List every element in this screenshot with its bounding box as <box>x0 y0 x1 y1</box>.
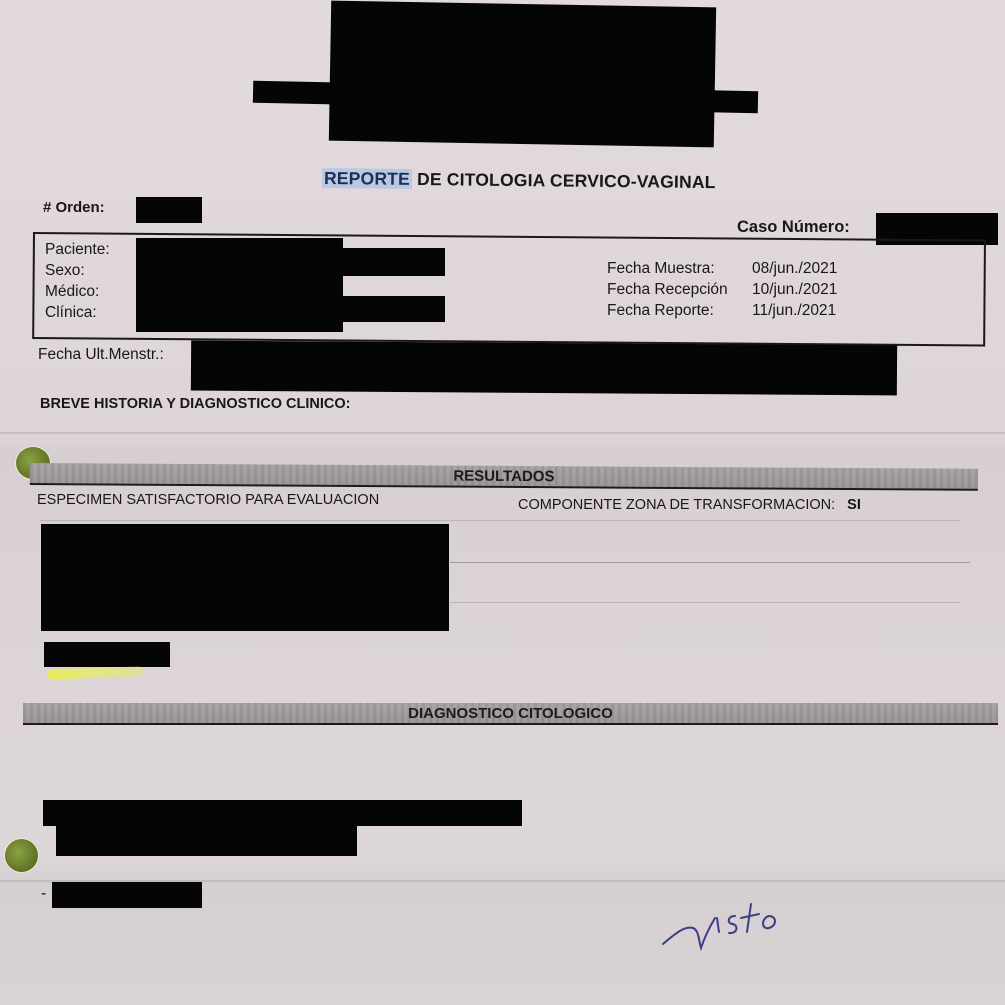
date-row-reception: Fecha Recepción 10/jun./2021 <box>607 279 837 300</box>
report-date-label: Fecha Reporte: <box>607 300 752 321</box>
doctor-label: Médico: <box>45 281 110 302</box>
results-line <box>450 602 960 603</box>
redacted-diagnosis-line2 <box>56 826 357 856</box>
clinic-label: Clínica: <box>45 302 110 323</box>
report-date-value: 11/jun./2021 <box>752 300 836 321</box>
reception-date-label: Fecha Recepción <box>607 279 752 300</box>
redacted-results <box>41 524 449 631</box>
redacted-diagnosis <box>43 800 522 826</box>
handwritten-visto-signature: Visto <box>655 888 805 958</box>
case-number-label: Caso Número: <box>737 218 850 237</box>
redacted-clinic <box>136 296 445 322</box>
results-line <box>40 520 960 521</box>
last-menstruation-label: Fecha Ult.Menstr.: <box>38 346 164 364</box>
patient-labels: Paciente: Sexo: Médico: Clínica: <box>45 239 110 323</box>
specimen-status: ESPECIMEN SATISFACTORIO PARA EVALUACION <box>37 492 379 508</box>
results-line <box>450 562 970 563</box>
diagnosis-header-text: DIAGNOSTICO CITOLOGICO <box>408 705 613 722</box>
green-sticker-dot <box>5 839 38 872</box>
title-rest: DE CITOLOGIA CERVICO-VAGINAL <box>412 169 716 192</box>
report-title: REPORTE DE CITOLOGIA CERVICO-VAGINAL <box>322 168 716 193</box>
results-header-text: RESULTADOS <box>453 467 554 485</box>
paper-fold <box>0 432 1005 434</box>
date-row-sample: Fecha Muestra: 08/jun./2021 <box>607 258 837 279</box>
list-dash: - <box>41 885 46 903</box>
redacted-order-number <box>136 197 202 223</box>
title-highlight: REPORTE <box>322 168 412 189</box>
sample-date-label: Fecha Muestra: <box>607 258 752 279</box>
clinical-history-label: BREVE HISTORIA Y DIAGNOSTICO CLINICO: <box>40 396 350 412</box>
dates-block: Fecha Muestra: 08/jun./2021 Fecha Recepc… <box>607 258 837 321</box>
transformation-zone-label: COMPONENTE ZONA DE TRANSFORMACION: <box>518 497 835 513</box>
transformation-zone-value: SI <box>847 497 861 513</box>
patient-label: Paciente: <box>45 239 110 260</box>
redacted-letterhead <box>329 1 716 148</box>
transformation-zone: COMPONENTE ZONA DE TRANSFORMACION:SI <box>518 497 861 513</box>
redacted-last-menstruation <box>191 341 897 396</box>
sample-date-value: 08/jun./2021 <box>752 258 837 279</box>
diagnosis-section-header: DIAGNOSTICO CITOLOGICO <box>23 703 998 725</box>
redacted-diagnosis-item <box>52 882 202 908</box>
date-row-report: Fecha Reporte: 11/jun./2021 <box>607 300 837 321</box>
order-label: # Orden: <box>43 199 105 216</box>
redacted-result-detail <box>44 642 170 667</box>
sex-label: Sexo: <box>45 260 110 281</box>
reception-date-value: 10/jun./2021 <box>752 279 837 300</box>
redacted-patient-name <box>136 248 445 276</box>
